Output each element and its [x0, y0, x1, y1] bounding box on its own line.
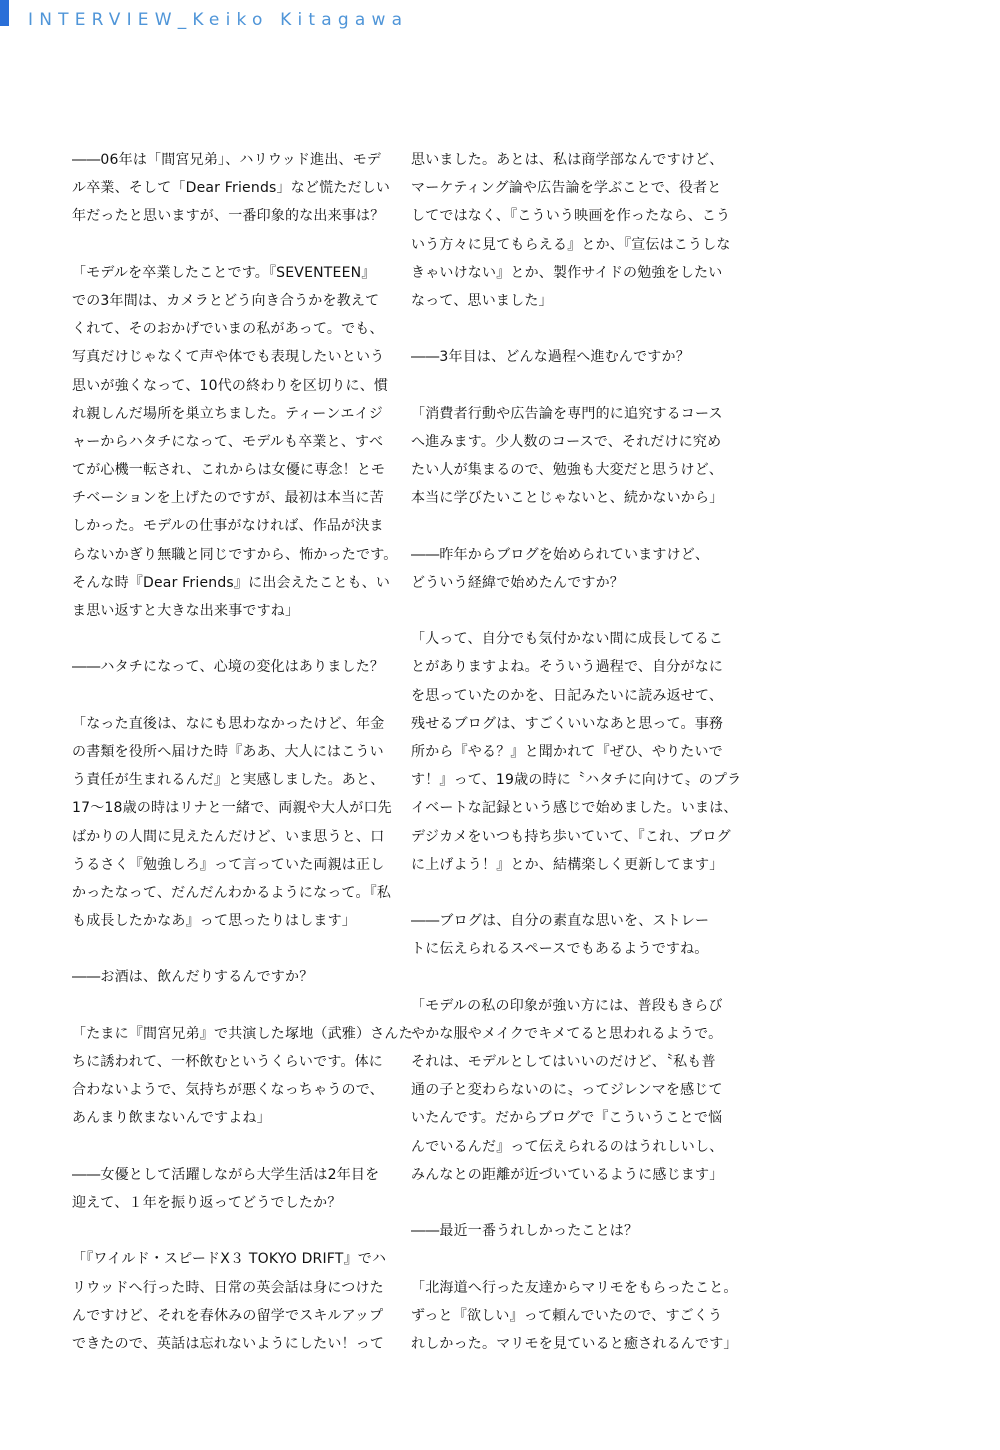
text-line: 合わないようで、気持ちが悪くなっちゃうので、 [72, 1076, 394, 1104]
text-line: 「モデルの私の印象が強い方には、普段もきらび [411, 992, 733, 1020]
text-line: んですけど、それを春休みの留学でスキルアップ [72, 1302, 394, 1330]
text-line: を思っていたのかを、日記みたいに読み返せて、 [411, 682, 733, 710]
text-line: いう方々に見てもらえる』とか、『宣伝はこうしな [411, 231, 733, 259]
paragraph-gap [411, 879, 733, 907]
text-line: ャーからハタチになって、モデルも卒業と、すべ [72, 428, 394, 456]
interview-question: ――3年目は、どんな過程へ進むんですか？ [411, 343, 733, 371]
text-line: 「消費者行動や広告論を専門的に追究するコース [411, 400, 733, 428]
text-line: 所から『やる？』と聞かれて『ぜひ、やりたいで [411, 738, 733, 766]
text-line: トに伝えられるスペースでもあるようですね。 [411, 935, 733, 963]
text-line: に上げよう！』とか、結構楽しく更新してます」 [411, 851, 733, 879]
text-line: らないかぎり無職と同じですから、怖かったです。 [72, 541, 394, 569]
interview-question: ――ハタチになって、心境の変化はありました？ [72, 653, 394, 681]
paragraph-gap [411, 372, 733, 400]
text-line: す！』って、19歳の時に〝ハタチに向けて〟のプラ [411, 766, 733, 794]
text-line: みんなとの距離が近づいているように感じます」 [411, 1161, 733, 1189]
text-line: も成長したかなあ』って思ったりはします」 [72, 907, 394, 935]
text-line: イベートな記録という感じで始めました。いまは、 [411, 794, 733, 822]
text-line: ――ハタチになって、心境の変化はありました？ [72, 653, 394, 681]
text-line: へ進みます。少人数のコースで、それだけに究め [411, 428, 733, 456]
text-line: う責任が生まれるんだ』と実感しました。あと、 [72, 766, 394, 794]
interview-answer: 「北海道へ行った友達からマリモをもらったこと。ずっと『欲しい』って頼んでいたので… [411, 1274, 733, 1359]
interview-answer: 「たまに『間宮兄弟』で共演した塚地（武雅）さんたちに誘われて、一杯飲むというくら… [72, 1020, 394, 1133]
text-line: 「モデルを卒業したことです。『SEVENTEEN』 [72, 259, 394, 287]
text-line: ま思い返すと大きな出来事ですね」 [72, 597, 394, 625]
text-line: うるさく『勉強しろ』って言っていた両親は正し [72, 851, 394, 879]
interview-question: ――昨年からブログを始められていますけど、どういう経緯で始めたんですか？ [411, 541, 733, 597]
text-line: くれて、そのおかげでいまの私があって。でも、 [72, 315, 394, 343]
paragraph-gap [411, 315, 733, 343]
text-line: しかった。モデルの仕事がなければ、作品が決ま [72, 512, 394, 540]
text-line: 17～18歳の時はリナと一緒で、両親や大人が口先 [72, 794, 394, 822]
interview-answer: 「モデルの私の印象が強い方には、普段もきらびやかな服やメイクでキメてると思われる… [411, 992, 733, 1189]
interview-question: ――お酒は、飲んだりするんですか？ [72, 963, 394, 991]
text-line: 残せるブログは、すごくいいなあと思って。事務 [411, 710, 733, 738]
text-line: きゃいけない』とか、製作サイドの勉強をしたい [411, 259, 733, 287]
right-column: 思いました。あとは、私は商学部なんですけど、マーケティング論や広告論を学ぶことで… [411, 146, 733, 1358]
interview-answer: 思いました。あとは、私は商学部なんですけど、マーケティング論や広告論を学ぶことで… [411, 146, 733, 315]
paragraph-gap [72, 992, 394, 1020]
text-line: んでいるんだ』って伝えられるのはうれしいし、 [411, 1133, 733, 1161]
text-line: デジカメをいつも持ち歩いていて、『これ、ブログ [411, 823, 733, 851]
text-line: 迎えて、１年を振り返ってどうでしたか？ [72, 1189, 394, 1217]
paragraph-gap [72, 1133, 394, 1161]
text-line: なって、思いました」 [411, 287, 733, 315]
text-line: かったなって、だんだんわかるようになって。『私 [72, 879, 394, 907]
page-header-title: INTERVIEW_Keiko Kitagawa [28, 10, 408, 30]
text-line: ――3年目は、どんな過程へ進むんですか？ [411, 343, 733, 371]
paragraph-gap [72, 682, 394, 710]
text-line: マーケティング論や広告論を学ぶことで、役者と [411, 174, 733, 202]
text-line: ――06年は「間宮兄弟」、ハリウッド進出、モデ [72, 146, 394, 174]
text-line: の書類を役所へ届けた時『ああ、大人にはこうい [72, 738, 394, 766]
paragraph-gap [411, 1245, 733, 1273]
text-line: ちに誘われて、一杯飲むというくらいです。体に [72, 1048, 394, 1076]
text-line: ――最近一番うれしかったことは？ [411, 1217, 733, 1245]
text-line: やかな服やメイクでキメてると思われるようで。 [411, 1020, 733, 1048]
accent-bar [0, 0, 9, 26]
text-line: いたんです。だからブログで『こういうことで悩 [411, 1104, 733, 1132]
text-line: ――女優として活躍しながら大学生活は2年目を [72, 1161, 394, 1189]
interview-question: ――最近一番うれしかったことは？ [411, 1217, 733, 1245]
text-line: れしかった。マリモを見ていると癒されるんです」 [411, 1330, 733, 1358]
text-line: ずっと『欲しい』って頼んでいたので、すごくう [411, 1302, 733, 1330]
text-line: 思いが強くなって、10代の終わりを区切りに、慣 [72, 372, 394, 400]
interview-answer: 「モデルを卒業したことです。『SEVENTEEN』での3年間は、カメラとどう向き… [72, 259, 394, 625]
paragraph-gap [72, 231, 394, 259]
text-line: どういう経緯で始めたんですか？ [411, 569, 733, 597]
text-line: あんまり飲まないんですよね」 [72, 1104, 394, 1132]
text-line: ――お酒は、飲んだりするんですか？ [72, 963, 394, 991]
interview-answer: 「なった直後は、なにも思わなかったけど、年金の書類を役所へ届けた時『ああ、大人に… [72, 710, 394, 936]
paragraph-gap [72, 1217, 394, 1245]
paragraph-gap [72, 935, 394, 963]
text-line: れ親しんだ場所を巣立ちました。ティーンエイジ [72, 400, 394, 428]
interview-answer: 「消費者行動や広告論を専門的に追究するコースへ進みます。少人数のコースで、それだ… [411, 400, 733, 513]
text-line: たい人が集まるので、勉強も大変だと思うけど、 [411, 456, 733, 484]
text-line: ばかりの人間に見えたんだけど、いま思うと、口 [72, 823, 394, 851]
text-line: リウッドへ行った時、日常の英会話は身につけた [72, 1274, 394, 1302]
text-line: それは、モデルとしてはいいのだけど、〝私も普 [411, 1048, 733, 1076]
text-line: 写真だけじゃなくて声や体でも表現したいという [72, 343, 394, 371]
paragraph-gap [411, 963, 733, 991]
text-line: 「なった直後は、なにも思わなかったけど、年金 [72, 710, 394, 738]
interview-answer: 「『ワイルド・スピードX３ TOKYO DRIFT』でハリウッドへ行った時、日常… [72, 1245, 394, 1358]
text-line: 「たまに『間宮兄弟』で共演した塚地（武雅）さんた [72, 1020, 394, 1048]
paragraph-gap [411, 597, 733, 625]
text-line: 通の子と変わらないのに〟ってジレンマを感じて [411, 1076, 733, 1104]
text-line: 本当に学びたいことじゃないと、続かないから」 [411, 484, 733, 512]
text-line: ル卒業、そして「Dear Friends」など慌ただしい [72, 174, 394, 202]
text-line: 思いました。あとは、私は商学部なんですけど、 [411, 146, 733, 174]
interview-question: ――06年は「間宮兄弟」、ハリウッド進出、モデル卒業、そして「Dear Frie… [72, 146, 394, 231]
text-line: 「北海道へ行った友達からマリモをもらったこと。 [411, 1274, 733, 1302]
paragraph-gap [72, 625, 394, 653]
text-line: ――ブログは、自分の素直な思いを、ストレー [411, 907, 733, 935]
text-line: 年だったと思いますが、一番印象的な出来事は？ [72, 202, 394, 230]
text-line: そんな時『Dear Friends』に出会えたことも、い [72, 569, 394, 597]
interview-answer: 「人って、自分でも気付かない間に成長してることがありますよね。そういう過程で、自… [411, 625, 733, 879]
text-line: での3年間は、カメラとどう向き合うかを教えて [72, 287, 394, 315]
text-line: 「『ワイルド・スピードX３ TOKYO DRIFT』でハ [72, 1245, 394, 1273]
text-line: 「人って、自分でも気付かない間に成長してるこ [411, 625, 733, 653]
interview-question: ――女優として活躍しながら大学生活は2年目を迎えて、１年を振り返ってどうでしたか… [72, 1161, 394, 1217]
interview-question: ――ブログは、自分の素直な思いを、ストレートに伝えられるスペースでもあるようです… [411, 907, 733, 963]
text-line: とがありますよね。そういう過程で、自分がなに [411, 653, 733, 681]
left-column: ――06年は「間宮兄弟」、ハリウッド進出、モデル卒業、そして「Dear Frie… [72, 146, 394, 1358]
text-line: てが心機一転され、これからは女優に専念！とモ [72, 456, 394, 484]
text-line: できたので、英話は忘れないようにしたい！って [72, 1330, 394, 1358]
text-line: チベーションを上げたのですが、最初は本当に苦 [72, 484, 394, 512]
paragraph-gap [411, 512, 733, 540]
text-line: してではなく、『こういう映画を作ったなら、こう [411, 202, 733, 230]
text-line: ――昨年からブログを始められていますけど、 [411, 541, 733, 569]
paragraph-gap [411, 1189, 733, 1217]
